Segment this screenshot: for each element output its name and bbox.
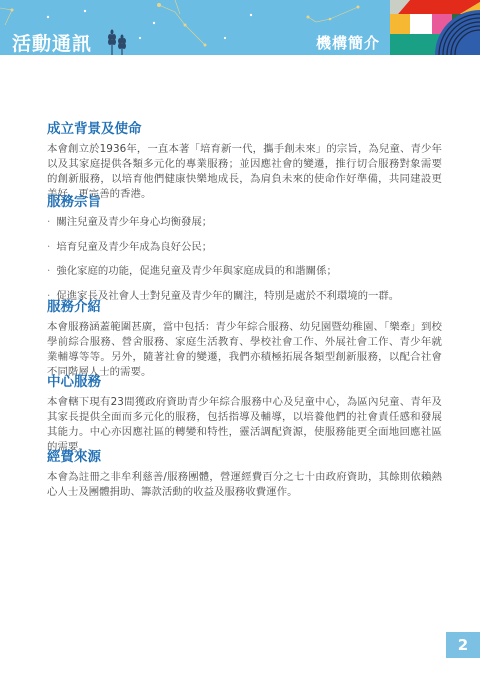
- section-title: 中心服務: [47, 373, 442, 391]
- section-paragraph: 本會服務涵蓋範圍甚廣，當中包括：青少年綜合服務、幼兒園暨幼稚園、「樂牽」到校學前…: [47, 320, 442, 380]
- section-paragraph: 本會轄下現有23間獲政府資助青少年綜合服務中心及兒童中心，為區內兒童、青年及其家…: [47, 395, 442, 455]
- page-header: 活動通訊 機構簡介: [0, 0, 480, 55]
- bullet-icon: ·: [47, 216, 50, 228]
- section-background-mission: 成立背景及使命 本會創立於1936年，一直本著「培育新一代，攜手創未來」的宗旨，…: [47, 120, 442, 202]
- list-item: ·強化家庭的功能，促進兒童及青少年與家庭成員的和諧關係；: [47, 264, 442, 279]
- colorful-block-decoration-icon: [390, 0, 480, 55]
- section-title: 經費來源: [47, 448, 442, 466]
- newsletter-title: 活動通訊: [12, 33, 92, 55]
- section-service-intro: 服務介紹 本會服務涵蓋範圍甚廣，當中包括：青少年綜合服務、幼兒園暨幼稚園、「樂牽…: [47, 298, 442, 380]
- section-title: 服務介紹: [47, 298, 442, 316]
- section-service-objectives: 服務宗旨 ·關注兒童及青少年身心均衡發展； ·培育兒童及青少年成為良好公民； ·…: [47, 193, 442, 313]
- wheat-icon: [106, 29, 128, 55]
- section-title: 服務宗旨: [47, 193, 442, 211]
- section-funding-source: 經費來源 本會為註冊之非牟利慈善/服務團體，營運經費百分之七十由政府資助，其餘則…: [47, 448, 442, 500]
- page-number: 2: [446, 632, 480, 658]
- section-centre-services: 中心服務 本會轄下現有23間獲政府資助青少年綜合服務中心及兒童中心，為區內兒童、…: [47, 373, 442, 455]
- section-paragraph: 本會為註冊之非牟利慈善/服務團體，營運經費百分之七十由政府資助，其餘則依賴熱心人…: [47, 470, 442, 500]
- list-item: ·培育兒童及青少年成為良好公民；: [47, 240, 442, 255]
- list-item: ·關注兒童及青少年身心均衡發展；: [47, 215, 442, 230]
- bullet-icon: ·: [47, 241, 50, 253]
- bullet-icon: ·: [47, 265, 50, 277]
- section-label: 機構簡介: [316, 32, 380, 53]
- section-title: 成立背景及使命: [47, 120, 442, 138]
